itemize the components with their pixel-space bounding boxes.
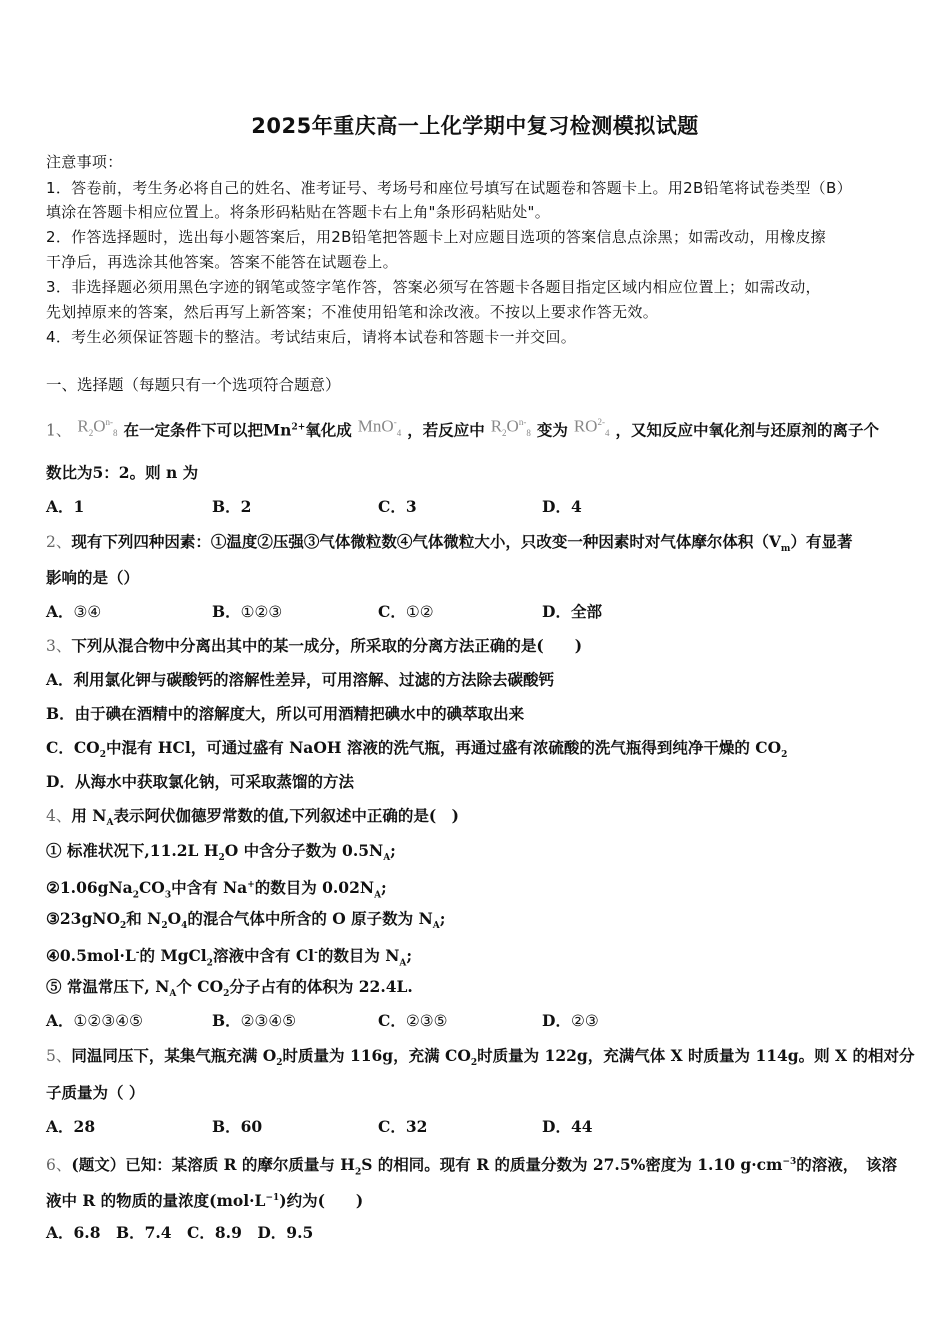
notice-line-7: 4．考生必须保证答题卡的整洁。考试结束后，请将本试卷和答题卡一并交回。 <box>46 327 576 347</box>
formula-mno4: MnO-4 <box>358 412 401 443</box>
question-2-option-b[interactable]: B．①②③ <box>212 602 282 622</box>
question-3-option-b[interactable]: B．由于碘在酒精中的溶解度大，所以可用酒精把碘水中的碘萃取出来 <box>46 704 524 724</box>
question-2-option-d[interactable]: D．全部 <box>542 602 602 622</box>
question-number: 1、 <box>46 422 71 440</box>
question-2-option-a[interactable]: A．③④ <box>46 602 101 622</box>
question-5-option-b[interactable]: B．60 <box>212 1117 262 1137</box>
question-6-line-1: 6、(题文）已知：某溶质 R 的摩尔质量与 H2S 的相同。现有 R 的质量分数… <box>46 1152 897 1182</box>
question-5-line-2: 子质量为（ ） <box>46 1083 144 1103</box>
formula-r2o8: R2On-8 <box>491 412 531 443</box>
question-3-option-d[interactable]: D．从海水中获取氯化钠，可采取蒸馏的方法 <box>46 772 354 792</box>
question-5-option-a[interactable]: A．28 <box>46 1117 95 1137</box>
notice-line-2: 填涂在答题卡相应位置上。将条形码粘贴在答题卡右上角"条形码粘贴处"。 <box>46 202 550 222</box>
notice-line-6: 先划掉原来的答案，然后再写上新答案；不准使用铅笔和涂改液。不按以上要求作答无效。 <box>46 302 658 322</box>
notice-line-3: 2．作答选择题时，选出每小题答案后，用2B铅笔把答题卡上对应题目选项的答案信息点… <box>46 227 826 247</box>
question-3-option-a[interactable]: A．利用氯化钾与碳酸钙的溶解性差异，可用溶解、过滤的方法除去碳酸钙 <box>46 670 554 690</box>
question-4-statement-4: ④0.5mol·L-的 MgCl2溶液中含有 Cl-的数目为 NA; <box>46 943 412 973</box>
question-5-line-1: 5、同温同压下，某集气瓶充满 O2时质量为 116g，充满 CO2时质量为 12… <box>46 1046 914 1073</box>
question-1-option-d[interactable]: D．4 <box>542 497 582 517</box>
question-6-options[interactable]: A．6.8 B．7.4 C．8.9 D．9.5 <box>46 1223 313 1243</box>
question-4-statement-1: ① 标准状况下,11.2L H2O 中含分子数为 0.5NA; <box>46 841 396 868</box>
formula-ro4: RO2-4 <box>574 412 610 443</box>
question-2-option-c[interactable]: C．①② <box>378 602 434 622</box>
page-title: 2025年重庆高一上化学期中复习检测模拟试题 <box>0 110 950 140</box>
question-1-option-a[interactable]: A．1 <box>46 497 84 517</box>
notice-line-5: 3．非选择题必须用黑色字迹的钢笔或签字笔作答，答案必须写在答题卡各题目指定区域内… <box>46 277 821 297</box>
notice-line-4: 干净后，再选涂其他答案。答案不能答在试题卷上。 <box>46 252 398 272</box>
question-1-option-b[interactable]: B．2 <box>212 497 251 517</box>
section-heading: 一、选择题（每题只有一个选项符合题意） <box>46 375 341 395</box>
question-1-line-1: 1、R2On-8在一定条件下可以把Mn2+氧化成MnO-4，若反应中R2On-8… <box>46 412 879 443</box>
question-4-statement-2: ②1.06gNa2CO3中含有 Na+的数目为 0.02NA; <box>46 875 387 905</box>
question-4-option-a[interactable]: A．①②③④⑤ <box>46 1011 143 1031</box>
question-2-line-1: 2、现有下列四种因素：①温度②压强③气体微粒数④气体微粒大小，只改变一种因素时对… <box>46 532 852 559</box>
formula-r2o8: R2On-8 <box>77 412 117 443</box>
question-4-option-b[interactable]: B．②③④⑤ <box>212 1011 296 1031</box>
question-2-line-2: 影响的是（） <box>46 568 139 588</box>
notice-heading: 注意事项： <box>46 152 123 172</box>
question-4-stem: 4、用 NA表示阿伏伽德罗常数的值,下列叙述中正确的是( ) <box>46 806 459 833</box>
question-1-option-c[interactable]: C．3 <box>378 497 417 517</box>
question-3-option-c[interactable]: C．CO2中混有 HCl，可通过盛有 NaOH 溶液的洗气瓶，再通过盛有浓硫酸的… <box>46 738 787 765</box>
question-3-stem: 3、下列从混合物中分离出其中的某一成分，所采取的分离方法正确的是( ) <box>46 636 582 656</box>
question-5-option-c[interactable]: C．32 <box>378 1117 427 1137</box>
exam-page: 2025年重庆高一上化学期中复习检测模拟试题 注意事项： 1．答卷前，考生务必将… <box>0 0 950 1344</box>
question-4-option-c[interactable]: C．②③⑤ <box>378 1011 448 1031</box>
notice-line-1: 1．答卷前，考生务必将自己的姓名、准考证号、考场号和座位号填写在试题卷和答题卡上… <box>46 178 852 198</box>
question-4-statement-5: ⑤ 常温常压下, NA个 CO2分子占有的体积为 22.4L. <box>46 977 413 1004</box>
question-6-line-2: 液中 R 的物质的量浓度(mol·L−1)约为( ) <box>46 1188 363 1211</box>
question-1-line-2: 数比为5：2。则 n 为 <box>46 463 198 483</box>
question-4-statement-3: ③23gNO2和 N2O4的混合气体中所含的 O 原子数为 NA; <box>46 909 445 936</box>
question-5-option-d[interactable]: D．44 <box>542 1117 593 1137</box>
question-4-option-d[interactable]: D．②③ <box>542 1011 599 1031</box>
